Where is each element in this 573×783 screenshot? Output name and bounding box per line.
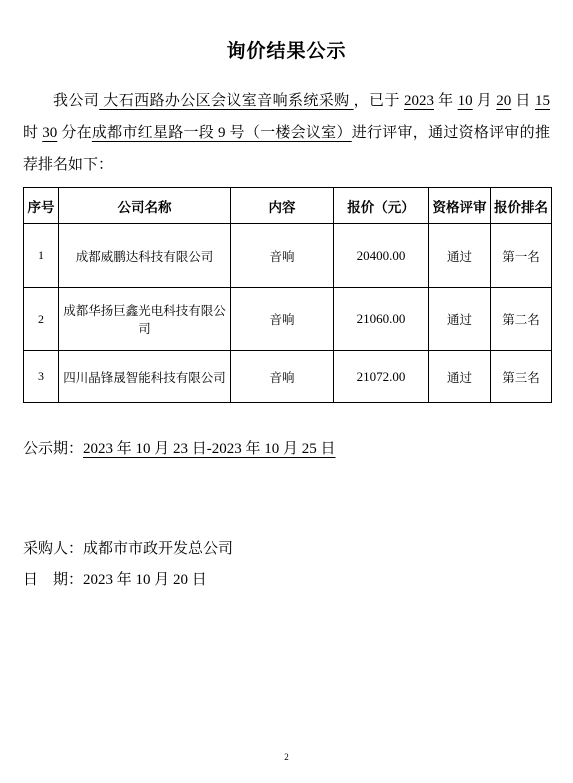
notice-period-value: 2023 年 10 月 23 日-2023 年 10 月 25 日: [83, 441, 336, 457]
cell-content: 音响: [231, 351, 334, 403]
page-number: 2: [0, 752, 573, 762]
cell-company: 四川晶锋晟智能科技有限公司: [59, 351, 231, 403]
cell-price: 21072.00: [334, 351, 429, 403]
cell-price: 20400.00: [334, 224, 429, 288]
table-row: 3四川晶锋晟智能科技有限公司音响21072.00通过第三名: [24, 351, 552, 403]
intro-paragraph: 我公司 大石西路办公区会议室音响系统采购 ，已于 2023 年 10 月 20 …: [23, 85, 550, 181]
table-header: 序号公司名称内容报价（元）资格评审报价排名: [24, 188, 552, 224]
underlined-text: 10: [458, 93, 473, 109]
underlined-text: 30: [42, 125, 57, 141]
column-header: 公司名称: [59, 188, 231, 224]
column-header: 报价（元）: [334, 188, 429, 224]
cell-company: 成都华扬巨鑫光电科技有限公司: [59, 288, 231, 351]
document-title: 询价结果公示: [0, 36, 573, 63]
plain-text: 分在: [57, 125, 92, 141]
plain-text: 我公司: [53, 93, 99, 109]
plain-text: 日: [511, 93, 535, 109]
cell-qualification: 通过: [429, 351, 491, 403]
notice-period-line: 公示期：2023 年 10 月 23 日-2023 年 10 月 25 日: [23, 439, 550, 459]
purchaser-line: 采购人：成都市市政开发总公司: [23, 539, 550, 559]
purchaser-value: 成都市市政开发总公司: [83, 541, 233, 557]
column-header: 序号: [24, 188, 59, 224]
underlined-text: 大石西路办公区会议室音响系统采购: [99, 93, 353, 109]
underlined-text: 20: [496, 93, 511, 109]
table-header-row: 序号公司名称内容报价（元）资格评审报价排名: [24, 188, 552, 224]
table-row: 1成都威鹏达科技有限公司音响20400.00通过第一名: [24, 224, 552, 288]
cell-rank: 第三名: [491, 351, 552, 403]
cell-rank: 第二名: [491, 288, 552, 351]
cell-content: 音响: [231, 224, 334, 288]
date-label: 日 期：: [23, 572, 83, 588]
purchaser-label: 采购人：: [23, 541, 83, 557]
cell-content: 音响: [231, 288, 334, 351]
date-value: 2023 年 10 月 20 日: [83, 572, 207, 588]
plain-text: 年: [434, 93, 458, 109]
column-header: 报价排名: [491, 188, 552, 224]
cell-index: 1: [24, 224, 59, 288]
date-line: 日 期：2023 年 10 月 20 日: [23, 570, 550, 590]
document-page: 询价结果公示 我公司 大石西路办公区会议室音响系统采购 ，已于 2023 年 1…: [0, 0, 573, 783]
cell-index: 3: [24, 351, 59, 403]
underlined-text: 成都市红星路一段 9 号（一楼会议室）: [92, 125, 352, 141]
cell-rank: 第一名: [491, 224, 552, 288]
table-body: 1成都威鹏达科技有限公司音响20400.00通过第一名2成都华扬巨鑫光电科技有限…: [24, 224, 552, 403]
table-row: 2成都华扬巨鑫光电科技有限公司音响21060.00通过第二名: [24, 288, 552, 351]
cell-qualification: 通过: [429, 224, 491, 288]
plain-text: ，已于: [354, 93, 404, 109]
cell-qualification: 通过: [429, 288, 491, 351]
column-header: 资格评审: [429, 188, 491, 224]
result-table: 序号公司名称内容报价（元）资格评审报价排名 1成都威鹏达科技有限公司音响2040…: [23, 187, 552, 403]
cell-price: 21060.00: [334, 288, 429, 351]
plain-text: 时: [23, 125, 42, 141]
plain-text: 月: [473, 93, 497, 109]
column-header: 内容: [231, 188, 334, 224]
cell-index: 2: [24, 288, 59, 351]
notice-period-label: 公示期：: [23, 441, 83, 457]
underlined-text: 15: [535, 93, 550, 109]
underlined-text: 2023: [404, 93, 434, 109]
cell-company: 成都威鹏达科技有限公司: [59, 224, 231, 288]
